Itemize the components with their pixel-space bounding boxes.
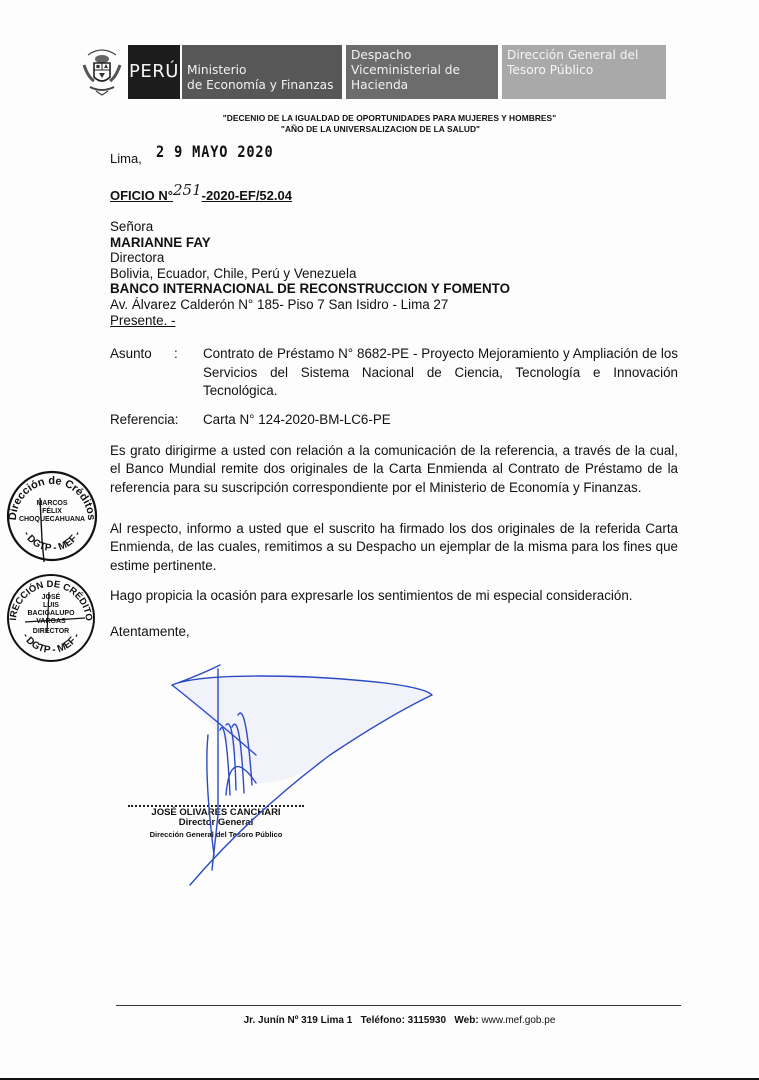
handwritten-signature-icon (160, 655, 450, 895)
seal-direccion-creditos-2: DIRECCIÓN DE CRÉDITOS - DGTP - MEF - JOS… (5, 572, 97, 664)
oficio-prefix: OFICIO N° (110, 188, 173, 203)
peru-brand-box: PERÚ (128, 45, 180, 99)
seal1-name-2: FÉLIX (6, 508, 98, 516)
seal2-name-4: VARGAS (5, 618, 97, 626)
oficio-suffix: -2020-EF/52.04 (202, 188, 292, 203)
asunto-colon: : (174, 345, 178, 364)
seal2-name-3: BACIGALUPO (5, 610, 97, 618)
recipient-name: MARIANNE FAY (110, 235, 510, 251)
dgtp-box: Dirección General del Tesoro Público (502, 45, 666, 99)
viceministerial-box: Despacho Viceministerial de Hacienda (346, 45, 498, 99)
date-place: Lima, (110, 151, 142, 166)
seal1-arc-bottom: - DGTP - MEF - (21, 529, 83, 554)
peru-coat-of-arms-icon (80, 47, 124, 97)
ministry-line-2: de Economía y Finanzas (187, 78, 337, 93)
body-paragraph-1: Es grato dirigirme a usted con relación … (110, 442, 678, 497)
letterhead: PERÚ Ministerio de Economía y Finanzas D… (80, 45, 680, 99)
ministry-line-1: Ministerio (187, 63, 337, 78)
seal1-name-1: MARCOS (6, 500, 98, 508)
recipient-address: Av. Álvarez Calderón N° 185- Piso 7 San … (110, 297, 510, 313)
footer-phone: Teléfono: 3115930 (361, 1015, 446, 1026)
referencia-label: Referencia: (110, 411, 178, 430)
asunto-label: Asunto (110, 345, 152, 364)
recipient-countries: Bolivia, Ecuador, Chile, Perú y Venezuel… (110, 266, 510, 282)
decree-line-1: "DECENIO DE LA IGUALDAD DE OPORTUNIDADES… (0, 113, 759, 123)
date-line: Lima, 2 9 MAYO 2020 (110, 148, 294, 167)
seal1-name-3: CHOQUECAHUANA (6, 516, 98, 524)
oficio-number: OFICIO N°251-2020-EF/52.04 (110, 186, 292, 204)
decree-line-2: "AÑO DE LA UNIVERSALIZACION DE LA SALUD" (0, 124, 759, 134)
footer-rule (116, 1005, 681, 1006)
date-stamp: 2 9 MAYO 2020 (156, 142, 273, 161)
footer-address: Jr. Junín Nº 319 Lima 1 (244, 1015, 353, 1026)
seal2-name-1: JOSÉ (5, 594, 97, 602)
seal-direccion-creditos-1: Dirección de Créditos - DGTP - MEF - MAR… (6, 470, 98, 562)
footer-web-label: Web: (454, 1015, 478, 1026)
vice-line-2: Viceministerial de (351, 63, 493, 78)
salutation: Señora (110, 219, 510, 235)
seal2-name-5: DIRECTOR (5, 628, 97, 636)
presente: Presente. - (110, 313, 510, 329)
footer-web-link[interactable]: www.mef.gob.pe (481, 1015, 555, 1026)
ministry-box: Ministerio de Economía y Finanzas (182, 45, 342, 99)
closing: Atentamente, (110, 624, 190, 639)
dgtp-line-2: Tesoro Público (507, 63, 661, 78)
vice-line-1: Despacho (351, 48, 493, 63)
seal2-name-2: LUIS (5, 602, 97, 610)
footer-contact: Jr. Junín Nº 319 Lima 1 Teléfono: 311593… (0, 1015, 759, 1026)
body-paragraph-2: Al respecto, informo a usted que el susc… (110, 520, 678, 575)
referencia-value: Carta N° 124-2020-BM-LC6-PE (203, 411, 678, 430)
asunto-value: Contrato de Préstamo N° 8682-PE - Proyec… (203, 345, 678, 401)
recipient-title: Directora (110, 250, 510, 266)
svg-text:- DGTP - MEF -: - DGTP - MEF - (21, 529, 83, 554)
body-paragraph-3: Hago propicia la ocasión para expresarle… (110, 587, 678, 605)
oficio-handwritten-number: 251 (173, 181, 202, 199)
vice-line-3: Hacienda (351, 78, 493, 93)
recipient-block: Señora MARIANNE FAY Directora Bolivia, E… (110, 219, 510, 328)
dgtp-line-1: Dirección General del (507, 48, 661, 63)
country-label: PERÚ (129, 61, 179, 82)
recipient-institution: BANCO INTERNACIONAL DE RECONSTRUCCION Y … (110, 281, 510, 297)
